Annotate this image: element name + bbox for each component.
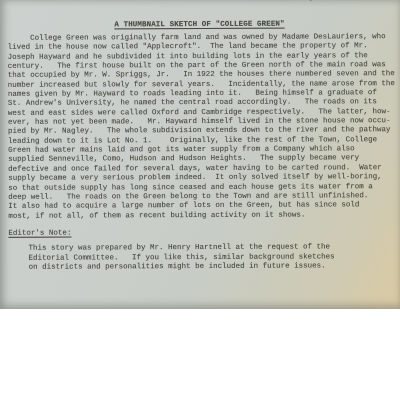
text-line: on districts and personalities might be … xyxy=(29,262,400,273)
scanned-document-paper: Mary Council A THUMBNAIL SKETCH OF "COLL… xyxy=(0,0,400,309)
document-title: A THUMBNAIL SKETCH OF "COLLEGE GREEN" xyxy=(0,20,400,30)
screenshot-canvas: Mary Council A THUMBNAIL SKETCH OF "COLL… xyxy=(0,0,400,400)
text-line: most, if not all, of them as recent buil… xyxy=(8,211,396,222)
editors-note-heading-text: Editor's Note: xyxy=(8,229,71,237)
editors-note-paragraph: This story was prepared by Mr. Henry Har… xyxy=(28,243,400,273)
document-title-text: A THUMBNAIL SKETCH OF "COLLEGE GREEN" xyxy=(114,21,284,30)
editors-note-heading: Editor's Note: xyxy=(8,228,400,239)
text-line: It also had to acquire a large number of… xyxy=(8,201,396,212)
main-paragraph: College Green was originally farm land a… xyxy=(8,33,397,222)
typed-document-content: A THUMBNAIL SKETCH OF "COLLEGE GREEN" Co… xyxy=(0,0,400,273)
